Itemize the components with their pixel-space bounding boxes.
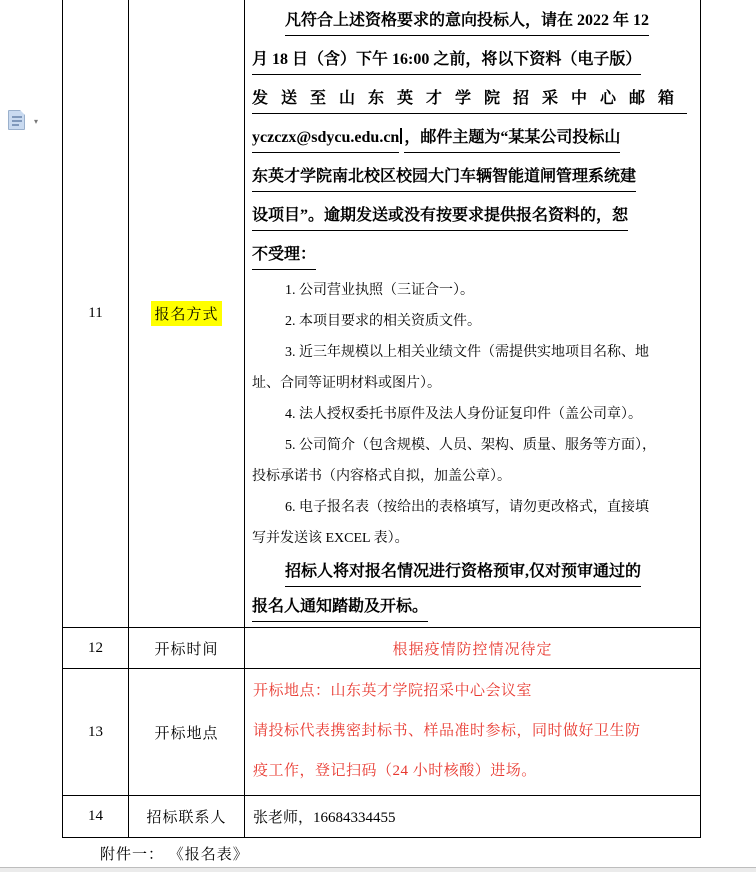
tender-info-table: 11 报名方式 凡符合上述资格要求的意向投标人，请在 2022 年 12 月 1… <box>62 0 701 838</box>
row-label-cell: 招标联系人 <box>129 796 245 837</box>
table-row-13: 13 开标地点 开标地点：山东英才学院招采中心会议室 请投标代表携密封标书、样品… <box>63 669 700 796</box>
intro-line: 发送至山东英才学院招采中心邮箱 <box>252 80 695 119</box>
row-value-cell: 凡符合上述资格要求的意向投标人，请在 2022 年 12 月 18 日（含）下午… <box>245 0 700 627</box>
table-row-12: 12 开标时间 根据疫情防控情况待定 <box>63 628 700 669</box>
intro-line: 设项目”。逾期发送或没有按要求提供报名资料的，恕 <box>252 197 695 236</box>
opening-time-value: 根据疫情防控情况待定 <box>245 628 700 668</box>
chevron-down-icon[interactable]: ▾ <box>34 117 38 126</box>
list-item: 4. 法人授权委托书原件及法人身份证复印件（盖公司章）。 <box>252 399 695 430</box>
contact-person-value: 张老师，16684334455 <box>245 796 700 837</box>
list-item-continuation: 写并发送该 EXCEL 表）。 <box>252 523 695 554</box>
list-item-continuation: 址、合同等证明材料或图片）。 <box>252 368 695 399</box>
intro-line: 月 18 日（含）下午 16:00 之前，将以下资料（电子版） <box>252 41 695 80</box>
row-number-cell: 13 <box>63 669 129 795</box>
opening-location-line: 开标地点：山东英才学院招采中心会议室 <box>253 671 695 711</box>
intro-line: 东英才学院南北校区校园大门车辆智能道闸管理系统建 <box>252 158 695 197</box>
list-item: 5. 公司简介（包含规模、人员、架构、质量、服务等方面）， <box>252 430 695 461</box>
table-row-11: 11 报名方式 凡符合上述资格要求的意向投标人，请在 2022 年 12 月 1… <box>63 0 700 628</box>
intro-after-email: ，邮件主题为“某某公司投标山 <box>404 126 620 153</box>
margin-document-button[interactable]: ▾ <box>8 110 48 134</box>
intro-line: 凡符合上述资格要求的意向投标人，请在 2022 年 12 <box>252 2 695 41</box>
prequalification-note: 招标人将对报名情况进行资格预审,仅对预审通过的 <box>252 554 695 589</box>
list-item: 6. 电子报名表（按给出的表格填写，请勿更改格式，直接填 <box>252 492 695 523</box>
table-row-14: 14 招标联系人 张老师，16684334455 <box>63 796 700 838</box>
intro-line-email: yczczx@sdycu.edu.cn，邮件主题为“某某公司投标山 <box>252 119 695 158</box>
row-value-cell: 开标地点：山东英才学院招采中心会议室 请投标代表携密封标书、样品准时参标，同时做… <box>245 669 700 795</box>
row-number-cell: 12 <box>63 628 129 668</box>
list-item: 3. 近三年规模以上相关业绩文件（需提供实地项目名称、地 <box>252 337 695 368</box>
attachment-note: 附件一： 《报名表》 <box>100 843 249 864</box>
text-cursor <box>400 128 402 144</box>
list-item-continuation: 投标承诺书（内容格式自拟，加盖公章）。 <box>252 461 695 492</box>
opening-location-line: 请投标代表携密封标书、样品准时参标，同时做好卫生防 <box>253 711 695 751</box>
row-number-cell: 11 <box>63 0 129 627</box>
row-label-cell: 开标时间 <box>129 628 245 668</box>
row-label-cell: 开标地点 <box>129 669 245 795</box>
row-number-cell: 14 <box>63 796 129 837</box>
row-value-cell: 根据疫情防控情况待定 <box>245 628 700 668</box>
prequalification-note: 报名人通知踏勘及开标。 <box>252 589 695 624</box>
intro-line: 不受理： <box>252 236 695 275</box>
row-value-cell: 张老师，16684334455 <box>245 796 700 837</box>
document-icon <box>8 110 25 130</box>
page-bottom-edge <box>0 867 756 872</box>
highlighted-label: 报名方式 <box>151 301 221 326</box>
email-address: yczczx@sdycu.edu.cn <box>252 129 399 146</box>
opening-location-line: 疫工作，登记扫码（24 小时核酸）进场。 <box>253 751 695 791</box>
row-label-cell: 报名方式 <box>129 0 245 627</box>
word-document-page: ▾ ▾ 11 报名方式 凡符合上述资格要求的意向投标人，请在 2022 年 12… <box>0 0 756 872</box>
list-item: 2. 本项目要求的相关资质文件。 <box>252 306 695 337</box>
list-item: 1. 公司营业执照（三证合一）。 <box>252 275 695 306</box>
